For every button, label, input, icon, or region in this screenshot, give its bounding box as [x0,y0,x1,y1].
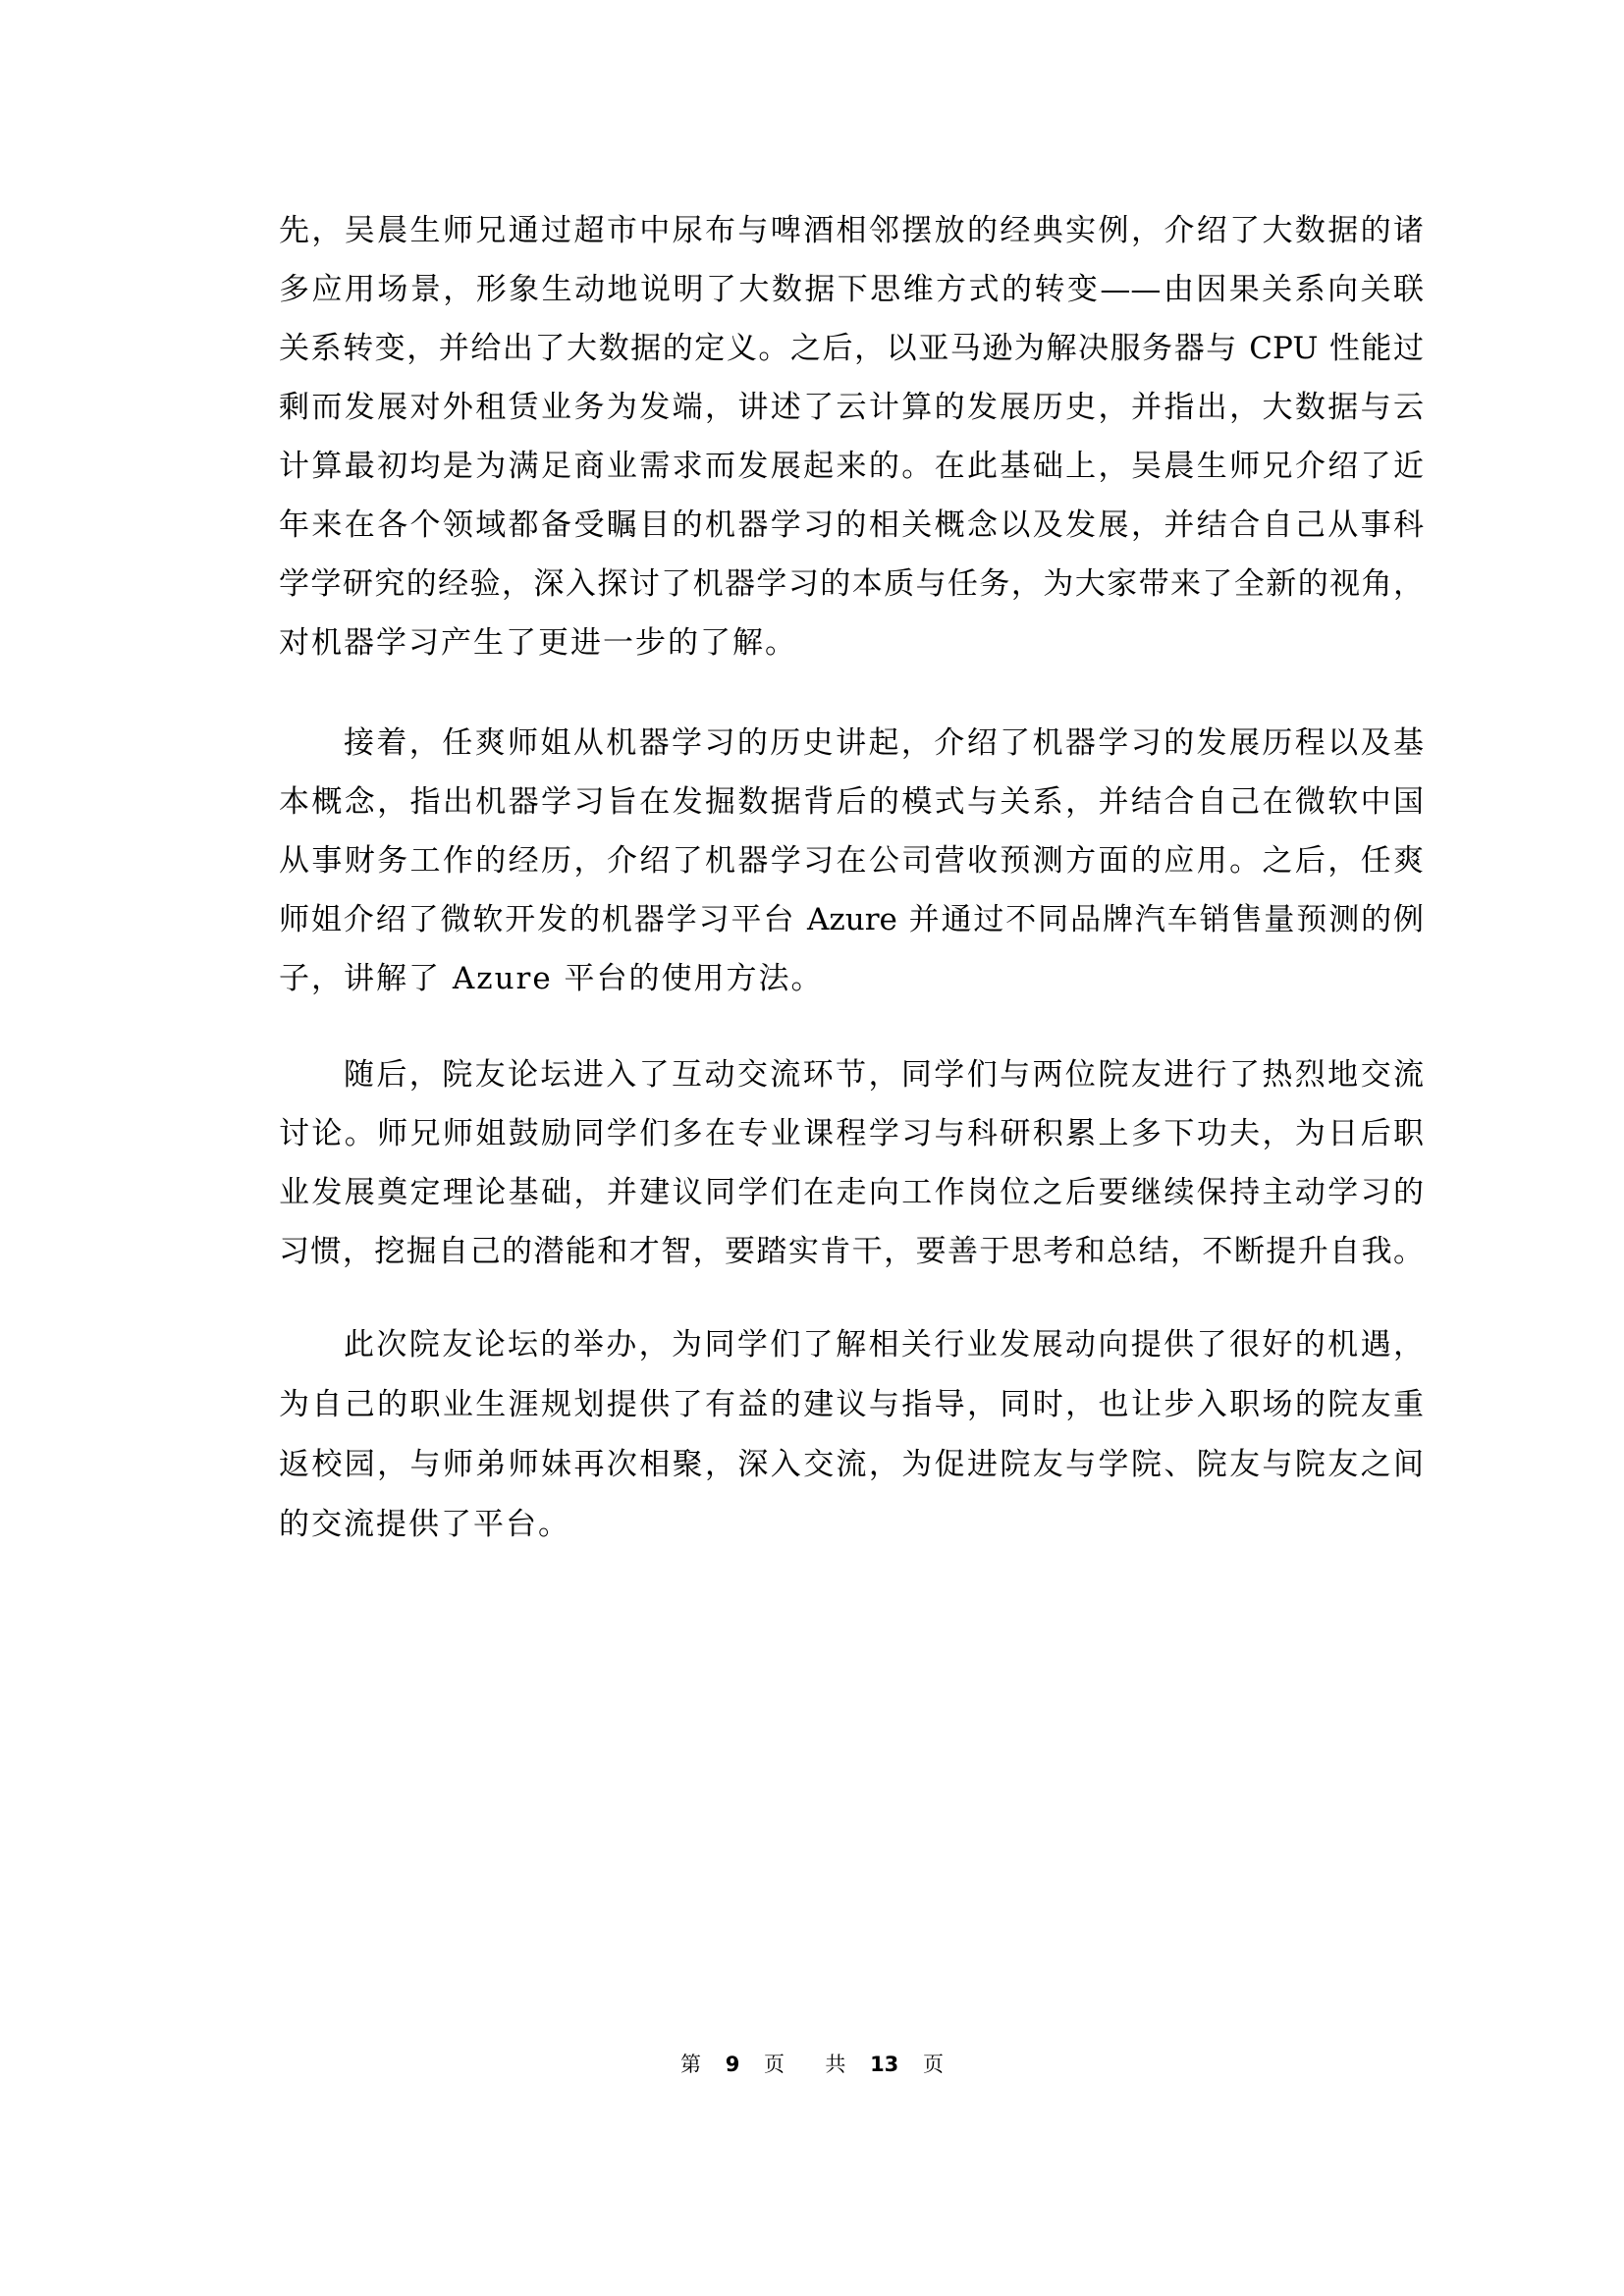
paragraph-line: 随后，院友论坛进入了互动交流环节，同学们与两位院友进行了热烈地交流 [344,1055,1424,1095]
paragraph-line: 返校园，与师弟师妹再次相聚，深入交流，为促进院友与学院、院友与院友之间 [279,1445,1424,1484]
paragraph-line: 本概念，指出机器学习旨在发掘数据背后的模式与关系，并结合自己在微软中国 [279,782,1424,822]
paragraph-line: 的交流提供了平台。 [279,1505,1424,1544]
paragraph-line: 先，吴晨生师兄通过超市中尿布与啤酒相邻摆放的经典实例，介绍了大数据的诸 [279,211,1424,250]
paragraph-line: 讨论。师兄师姐鼓励同学们多在专业课程学习与科研积累上多下功夫，为日后职 [279,1114,1424,1153]
paragraph-line: 计算最初均是为满足商业需求而发展起来的。在此基础上，吴晨生师兄介绍了近 [279,447,1424,486]
total-prefix: 共 [825,2050,845,2079]
paragraph-line: 业发展奠定理论基础，并建议同学们在走向工作岗位之后要继续保持主动学习的 [279,1173,1424,1212]
current-page-number: 9 [726,2050,740,2079]
paragraph-line: 师姐介绍了微软开发的机器学习平台 Azure 并通过不同品牌汽车销售量预测的例 [279,900,1424,939]
paragraph-line: 学学研究的经验，深入探讨了机器学习的本质与任务，为大家带来了全新的视角， [279,564,1424,604]
paragraph-line: 接着，任爽师姐从机器学习的历史讲起，介绍了机器学习的发展历程以及基 [344,723,1424,763]
paragraph-line: 子，讲解了 Azure 平台的使用方法。 [279,959,1424,998]
paragraph-line: 对机器学习产生了更进一步的了解。 [279,623,1424,663]
paragraph-line: 从事财务工作的经历，介绍了机器学习在公司营收预测方面的应用。之后，任爽 [279,841,1424,881]
paragraph-line: 此次院友论坛的举办，为同学们了解相关行业发展动向提供了很好的机遇， [344,1325,1424,1364]
total-pages-number: 13 [870,2050,898,2079]
paragraph-line: 剩而发展对外租赁业务为发端，讲述了云计算的发展历史，并指出，大数据与云 [279,388,1424,427]
page-number-footer: 第 9 页 共 13 页 [0,2050,1624,2079]
page-unit: 页 [764,2050,785,2079]
paragraph-line: 关系转变，并给出了大数据的定义。之后，以亚马逊为解决服务器与 CPU 性能过 [279,329,1424,368]
paragraph-line: 年来在各个领域都备受瞩目的机器学习的相关概念以及发展，并结合自己从事科 [279,506,1424,545]
total-unit: 页 [923,2050,944,2079]
paragraph-line: 多应用场景，形象生动地说明了大数据下思维方式的转变——由因果关系向关联 [279,270,1424,309]
page-prefix: 第 [680,2050,701,2079]
paragraph-line: 习惯，挖掘自己的潜能和才智，要踏实肯干，要善于思考和总结，不断提升自我。 [279,1232,1424,1271]
document-page: 先，吴晨生师兄通过超市中尿布与啤酒相邻摆放的经典实例，介绍了大数据的诸 多应用场… [0,0,1624,2296]
paragraph-line: 为自己的职业生涯规划提供了有益的建议与指导，同时，也让步入职场的院友重 [279,1385,1424,1424]
